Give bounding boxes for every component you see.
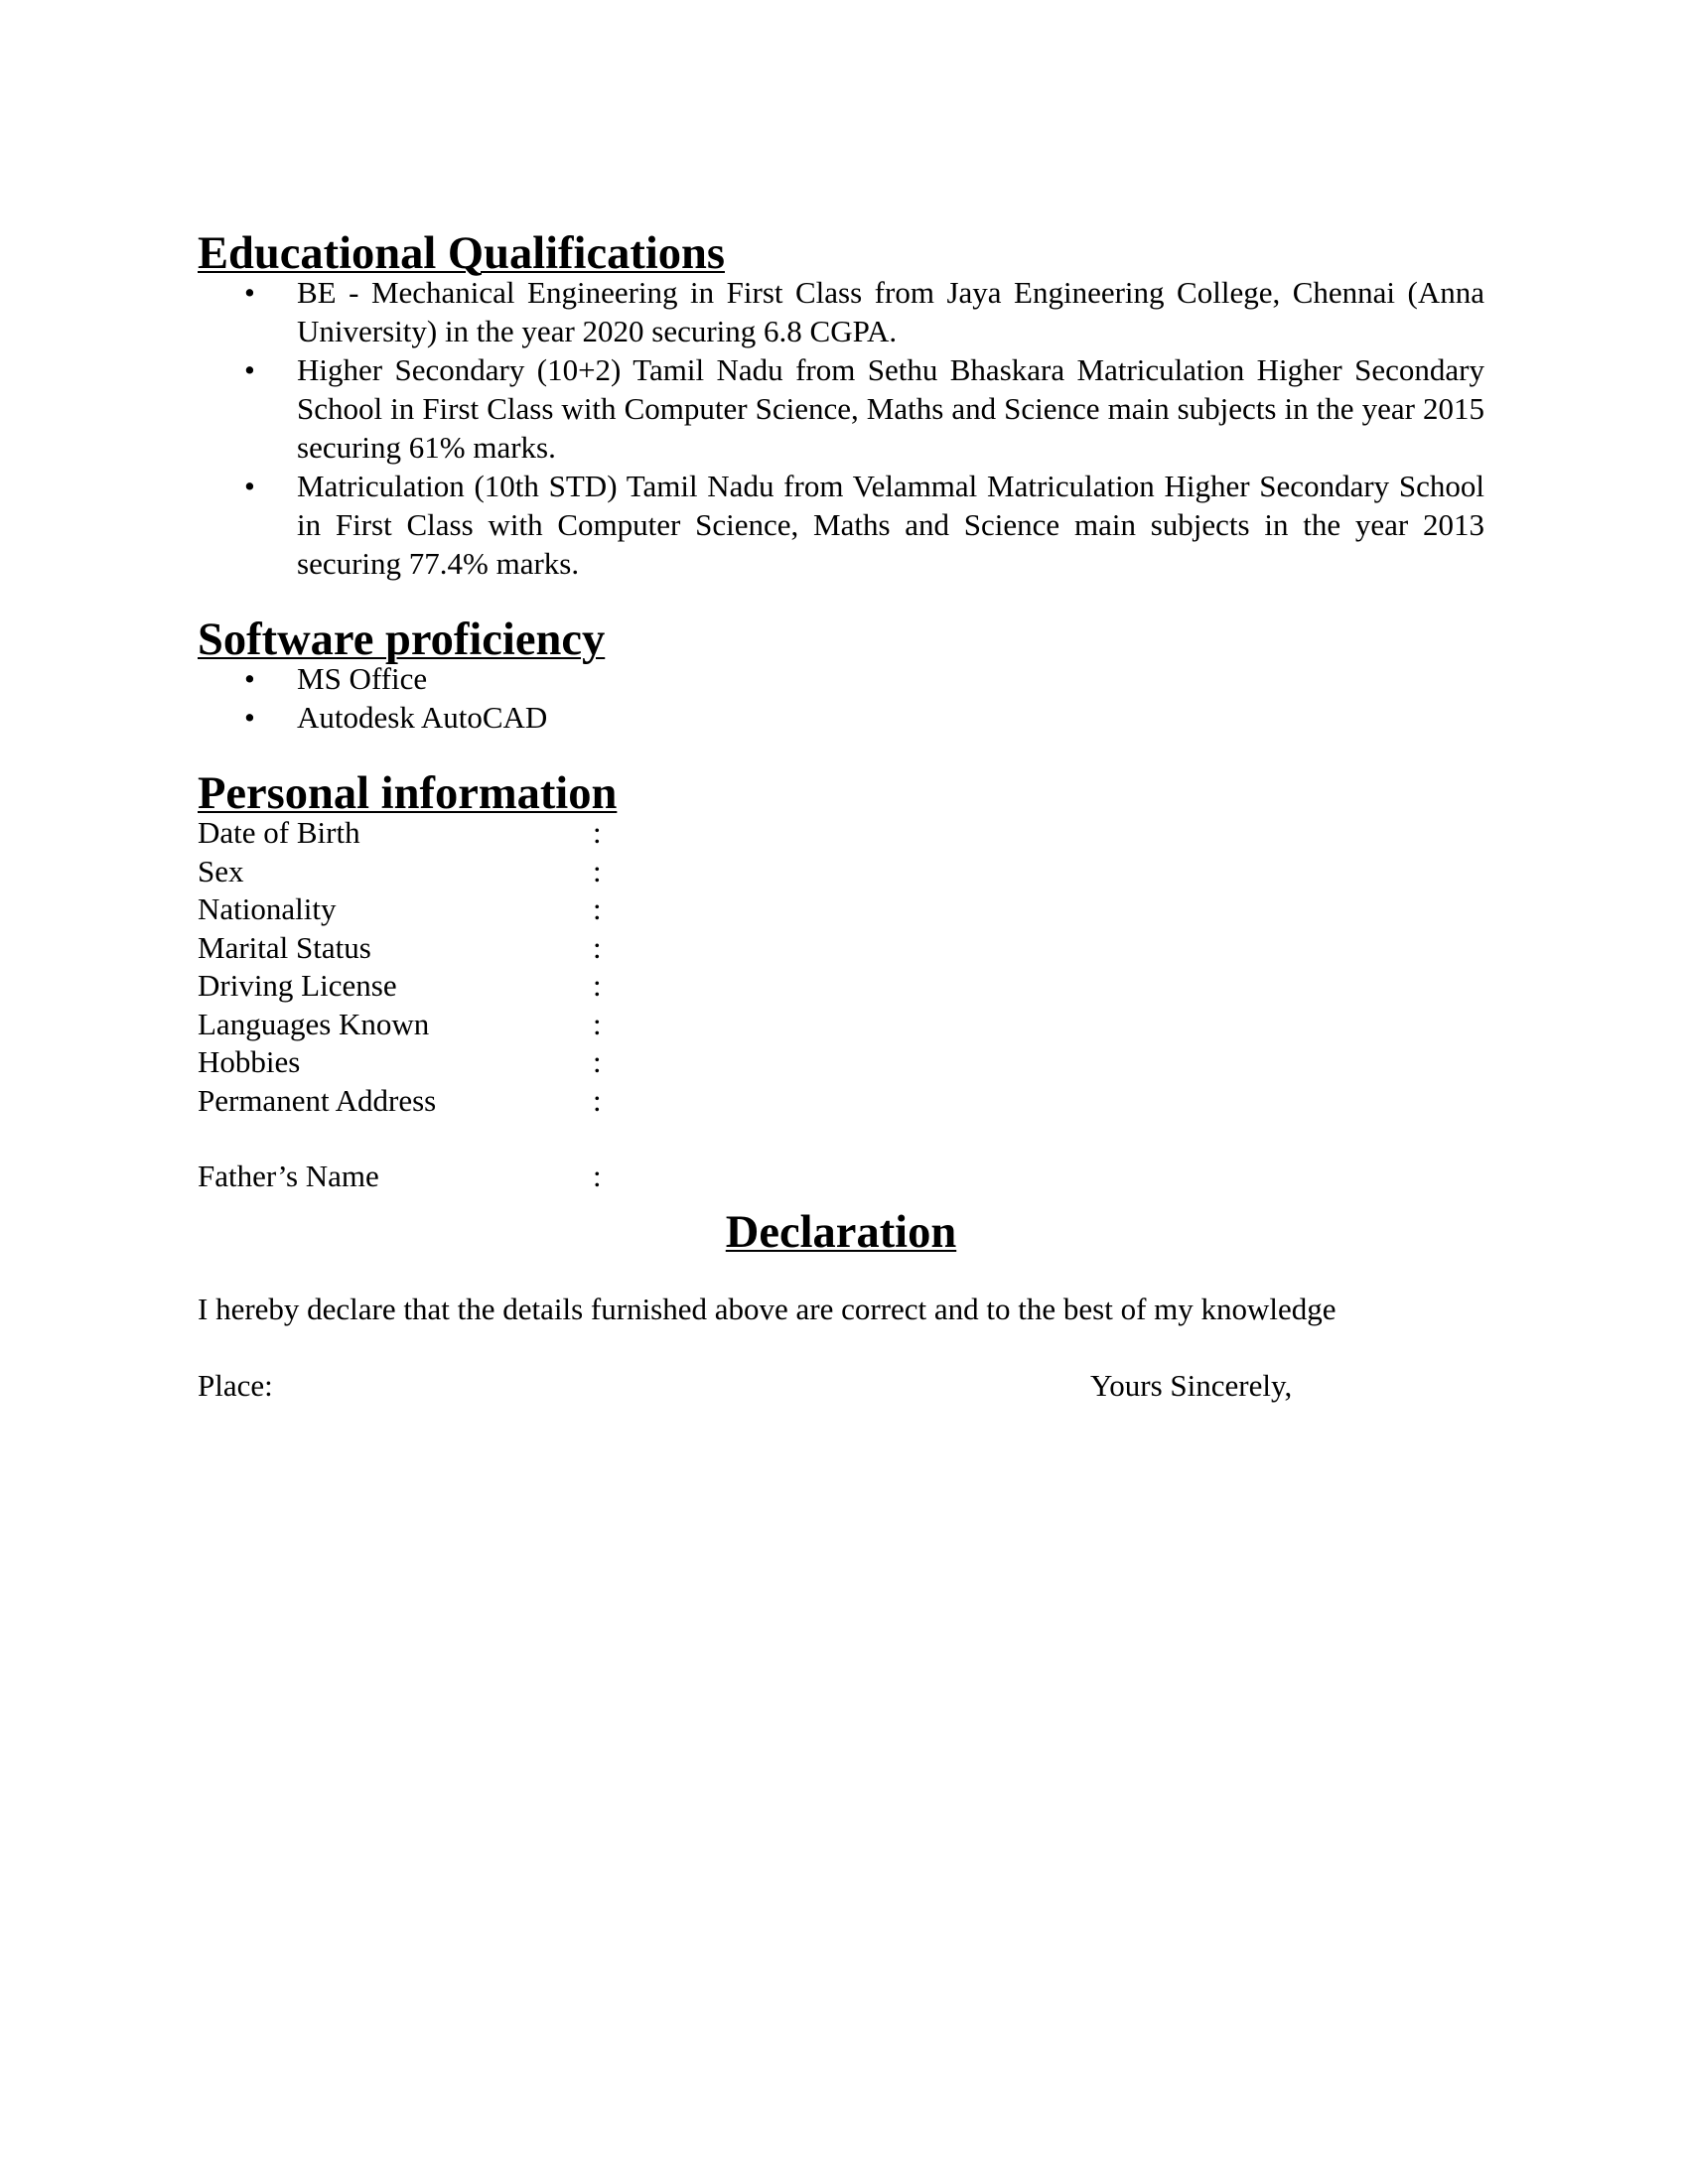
info-row-sex: Sex : (198, 852, 1484, 890)
bullet-icon: • (244, 659, 255, 698)
software-section: Software proficiency • MS Office • Autod… (198, 620, 1484, 737)
field-separator: : (593, 966, 602, 1005)
field-separator: : (593, 1005, 602, 1043)
field-separator: : (593, 1042, 602, 1081)
education-item: • Matriculation (10th STD) Tamil Nadu fr… (198, 467, 1484, 583)
education-item-text: BE - Mechanical Engineering in First Cla… (297, 275, 1484, 348)
field-label: Hobbies (198, 1042, 300, 1081)
education-item-text: Matriculation (10th STD) Tamil Nadu from… (297, 469, 1484, 581)
software-heading: Software proficiency (198, 620, 1484, 659)
field-separator: : (593, 1081, 602, 1120)
field-label: Sex (198, 852, 244, 890)
education-list: • BE - Mechanical Engineering in First C… (198, 273, 1484, 583)
resume-page: Educational Qualifications • BE - Mechan… (198, 234, 1484, 1405)
info-row-permanent-address: Permanent Address : (198, 1081, 1484, 1120)
personal-heading: Personal information (198, 774, 1484, 813)
software-item-text: MS Office (297, 661, 427, 696)
field-label: Languages Known (198, 1005, 429, 1043)
field-separator: : (593, 928, 602, 967)
declaration-heading: Declaration (198, 1213, 1484, 1252)
education-heading: Educational Qualifications (198, 234, 1484, 273)
education-item: • Higher Secondary (10+2) Tamil Nadu fro… (198, 350, 1484, 467)
education-item-text: Higher Secondary (10+2) Tamil Nadu from … (297, 352, 1484, 465)
closing-text: Yours Sincerely, (1090, 1366, 1292, 1405)
bullet-icon: • (244, 273, 255, 312)
declaration-text: I hereby declare that the details furnis… (198, 1290, 1484, 1328)
software-item-text: Autodesk AutoCAD (297, 700, 547, 735)
info-row-fathers-name: Father’s Name : (198, 1157, 1484, 1195)
field-label: Nationality (198, 889, 336, 928)
field-separator: : (593, 1157, 602, 1195)
info-row-hobbies: Hobbies : (198, 1042, 1484, 1081)
software-item: • MS Office (198, 659, 1484, 698)
info-row-marital-status: Marital Status : (198, 928, 1484, 967)
info-row-driving-license: Driving License : (198, 966, 1484, 1005)
field-label: Driving License (198, 966, 397, 1005)
field-label: Marital Status (198, 928, 371, 967)
info-row-date-of-birth: Date of Birth : (198, 813, 1484, 852)
field-separator: : (593, 813, 602, 852)
bullet-icon: • (244, 467, 255, 505)
declaration-section: Declaration I hereby declare that the de… (198, 1213, 1484, 1405)
field-label: Permanent Address (198, 1081, 436, 1120)
spacer (198, 1119, 1484, 1157)
personal-section: Personal information Date of Birth : Sex… (198, 774, 1484, 1195)
education-item: • BE - Mechanical Engineering in First C… (198, 273, 1484, 350)
education-section: Educational Qualifications • BE - Mechan… (198, 234, 1484, 583)
bullet-icon: • (244, 698, 255, 737)
signature-row: Place: Yours Sincerely, (198, 1366, 1484, 1405)
place-label: Place: (198, 1366, 273, 1405)
info-row-nationality: Nationality : (198, 889, 1484, 928)
field-separator: : (593, 889, 602, 928)
field-label: Date of Birth (198, 813, 360, 852)
software-item: • Autodesk AutoCAD (198, 698, 1484, 737)
software-list: • MS Office • Autodesk AutoCAD (198, 659, 1484, 737)
field-separator: : (593, 852, 602, 890)
field-label: Father’s Name (198, 1157, 379, 1195)
info-row-languages-known: Languages Known : (198, 1005, 1484, 1043)
bullet-icon: • (244, 350, 255, 389)
